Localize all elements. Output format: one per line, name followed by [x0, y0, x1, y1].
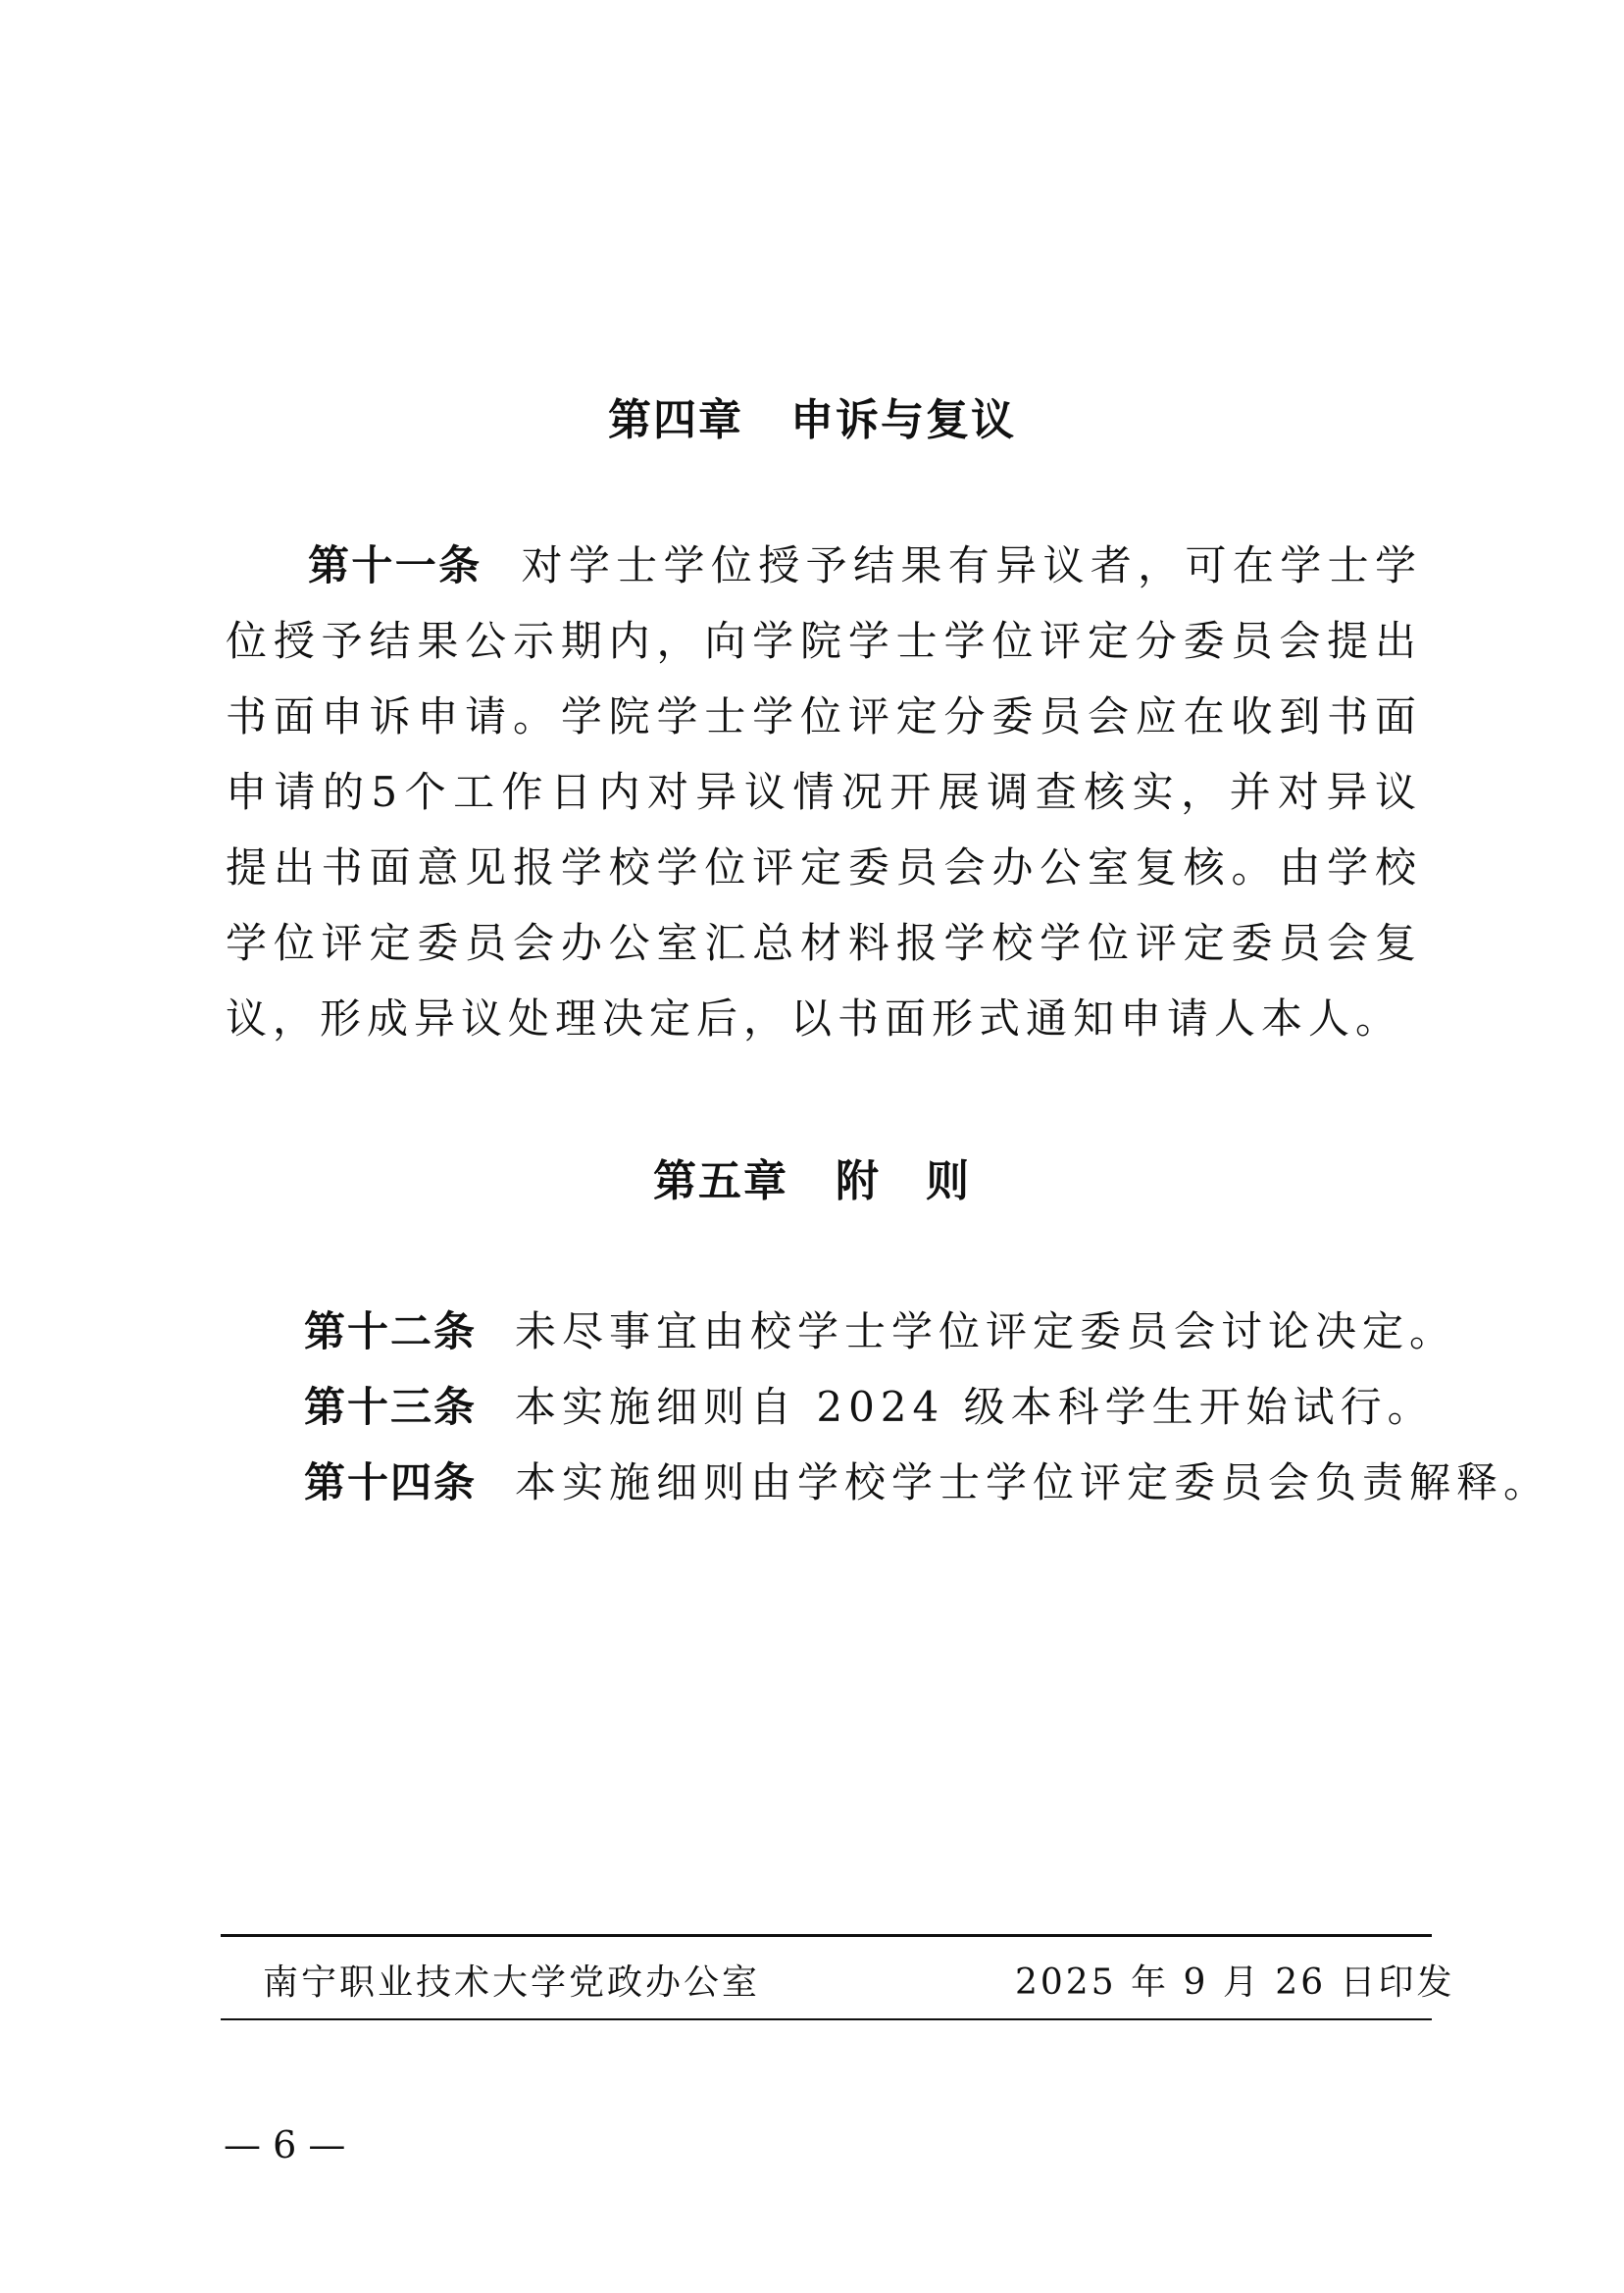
footer-date: 2025 年 9 月 26 日印发 — [1015, 1955, 1455, 2005]
article-12-label: 第十二条 — [304, 1299, 515, 1358]
chapter-5-number: 第五章 — [653, 1156, 788, 1206]
chapter-4-number: 第四章 — [608, 395, 743, 445]
article-11-paragraph: 第十一条对学士学位授予结果有异议者，可在学士学位授予结果公示期内，向学院学士学位… — [226, 528, 1422, 1056]
chapter-5-heading: 第五章附 则 — [0, 1146, 1624, 1208]
chapter-4-title: 申诉与复议 — [790, 395, 1016, 445]
article-14: 第十四条本实施细则由学校学士学位评定委员会负责解释。 — [304, 1451, 1550, 1509]
article-12-text: 未尽事宜由校学士学位评定委员会讨论决定。 — [515, 1307, 1456, 1355]
article-13-text: 本实施细则自 2024 级本科学生开始试行。 — [515, 1383, 1435, 1431]
article-11-label: 第十一条 — [308, 541, 482, 589]
article-14-text: 本实施细则由学校学士学位评定委员会负责解释。 — [515, 1458, 1550, 1506]
article-13: 第十三条本实施细则自 2024 级本科学生开始试行。 — [304, 1375, 1435, 1434]
page-number: — 6 — — [224, 2123, 345, 2166]
article-13-label: 第十三条 — [304, 1375, 515, 1434]
footer-issuer: 南宁职业技术大学党政办公室 — [263, 1955, 760, 2005]
chapter-5-title: 附 则 — [836, 1156, 971, 1206]
document-page: 第四章申诉与复议 第十一条对学士学位授予结果有异议者，可在学士学位授予结果公示期… — [0, 0, 1624, 2293]
article-12: 第十二条未尽事宜由校学士学位评定委员会讨论决定。 — [304, 1299, 1456, 1358]
article-14-label: 第十四条 — [304, 1451, 515, 1509]
article-11-text: 对学士学位授予结果有异议者，可在学士学位授予结果公示期内，向学院学士学位评定分委… — [226, 541, 1422, 1043]
chapter-4-heading: 第四章申诉与复议 — [0, 384, 1624, 447]
footer-top-rule — [221, 1934, 1432, 1937]
footer-bottom-rule — [221, 2018, 1432, 2020]
